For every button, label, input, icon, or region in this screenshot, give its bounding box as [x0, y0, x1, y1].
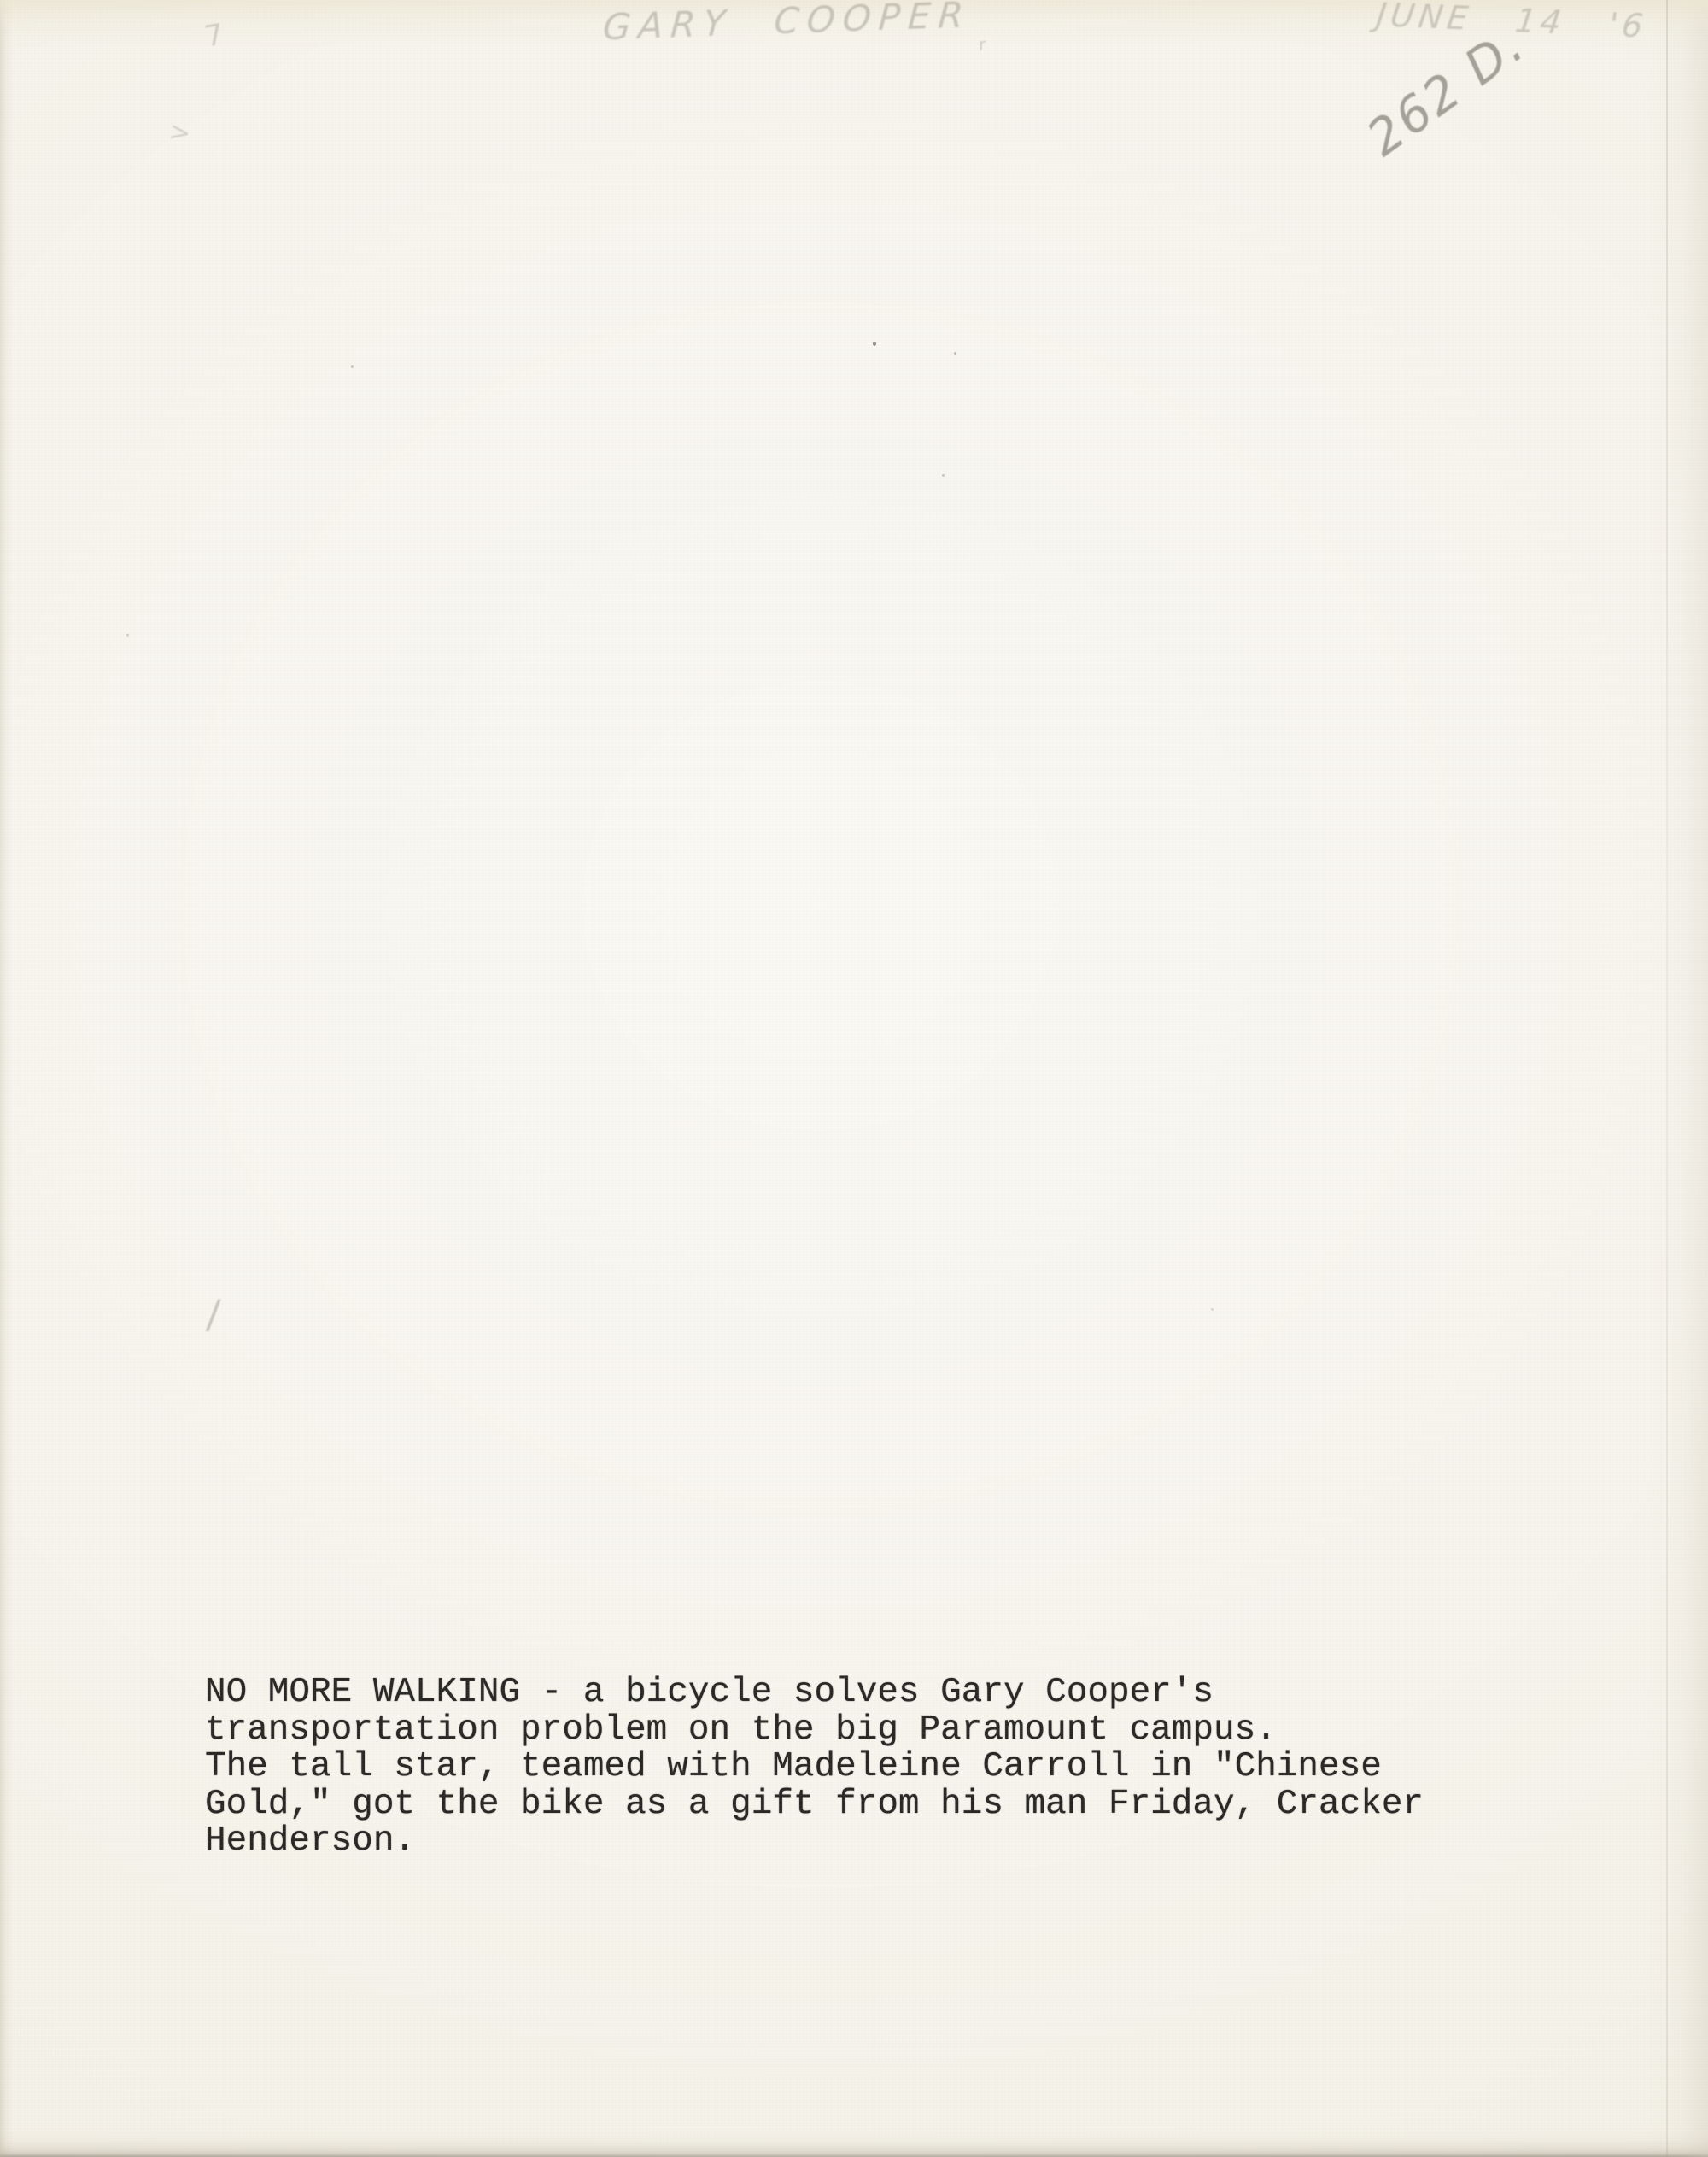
caption-line-4: Gold," got the bike as a gift from his m… [205, 1786, 1424, 1824]
caption-line-1: NO MORE WALKING - a bicycle solves Gary … [205, 1675, 1424, 1712]
pencil-stray-mark: r [979, 34, 986, 55]
paper-edge-crease [1666, 0, 1668, 2157]
caption-line-3: The tall star, teamed with Madeleine Car… [205, 1749, 1424, 1786]
pencil-stray-mark: / [205, 1291, 221, 1338]
dust-speck [954, 352, 956, 355]
typed-caption-block: NO MORE WALKING - a bicycle solves Gary … [205, 1675, 1424, 1861]
caption-line-5: Henderson. [205, 1823, 1424, 1861]
caption-line-2: transportation problem on the big Paramo… [205, 1712, 1424, 1750]
pencil-stray-mark: 7 [202, 17, 226, 54]
handwritten-name-pencil: GARY COOPER [601, 0, 972, 49]
dust-speck [942, 474, 945, 477]
dust-speck [873, 342, 876, 346]
handwritten-code-pencil: 262 D. [1356, 15, 1535, 167]
dust-speck [126, 634, 129, 637]
dust-speck [1211, 1308, 1214, 1311]
pencil-stray-mark: > [167, 116, 193, 149]
photo-verso-paper: GARY COOPER JUNE 14 '6 262 D. 7 > r / NO… [0, 0, 1708, 2157]
dust-speck [351, 365, 354, 368]
